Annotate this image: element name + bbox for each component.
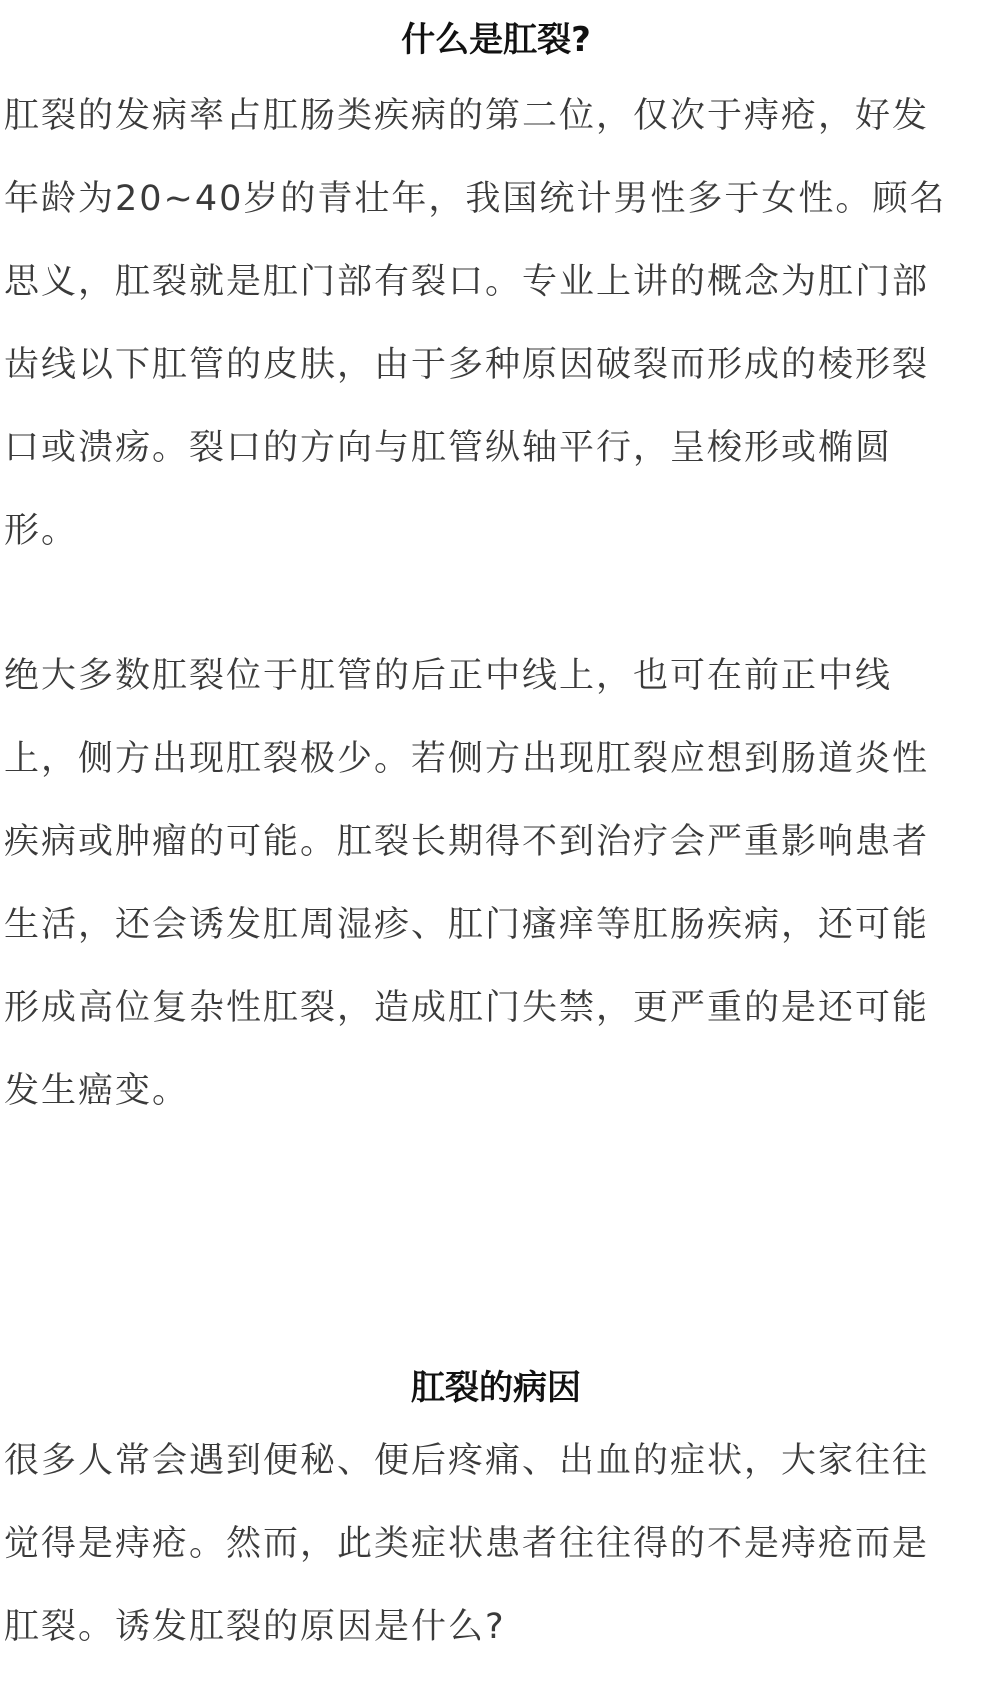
text-line: 肛裂。诱发肛裂的原因是什么? bbox=[4, 1586, 992, 1669]
paragraph-definition: 肛裂的发病率占肛肠类疾病的第二位，仅次于痔疮，好发 年龄为20~40岁的青壮年，… bbox=[4, 75, 992, 573]
text-line: 绝大多数肛裂位于肛管的后正中线上，也可在前正中线 bbox=[4, 635, 992, 718]
paragraph-causes: 很多人常会遇到便秘、便后疼痛、出血的症状，大家往往 觉得是痔疮。然而，此类症状患… bbox=[4, 1420, 992, 1669]
section-title-causes: 肛裂的病因 bbox=[0, 1368, 992, 1408]
text-line: 疾病或肿瘤的可能。肛裂长期得不到治疗会严重影响患者 bbox=[4, 801, 992, 884]
text-line: 上，侧方出现肛裂极少。若侧方出现肛裂应想到肠道炎性 bbox=[4, 718, 992, 801]
text-line: 形成高位复杂性肛裂，造成肛门失禁，更严重的是还可能 bbox=[4, 967, 992, 1050]
text-line: 觉得是痔疮。然而，此类症状患者往往得的不是痔疮而是 bbox=[4, 1503, 992, 1586]
text-line: 口或溃疡。裂口的方向与肛管纵轴平行，呈梭形或椭圆 bbox=[4, 407, 992, 490]
text-line: 肛裂的发病率占肛肠类疾病的第二位，仅次于痔疮，好发 bbox=[4, 75, 992, 158]
text-line: 形。 bbox=[4, 490, 992, 573]
text-line: 发生癌变。 bbox=[4, 1050, 992, 1133]
text-line: 很多人常会遇到便秘、便后疼痛、出血的症状，大家往往 bbox=[4, 1420, 992, 1503]
text-line: 齿线以下肛管的皮肤，由于多种原因破裂而形成的棱形裂 bbox=[4, 324, 992, 407]
section-title-what-is: 什么是肛裂? bbox=[0, 20, 992, 60]
text-line: 年龄为20~40岁的青壮年，我国统计男性多于女性。顾名 bbox=[4, 158, 992, 241]
text-line: 思义，肛裂就是肛门部有裂口。专业上讲的概念为肛门部 bbox=[4, 241, 992, 324]
paragraph-location: 绝大多数肛裂位于肛管的后正中线上，也可在前正中线 上，侧方出现肛裂极少。若侧方出… bbox=[4, 635, 992, 1133]
text-line: 生活，还会诱发肛周湿疹、肛门瘙痒等肛肠疾病，还可能 bbox=[4, 884, 992, 967]
